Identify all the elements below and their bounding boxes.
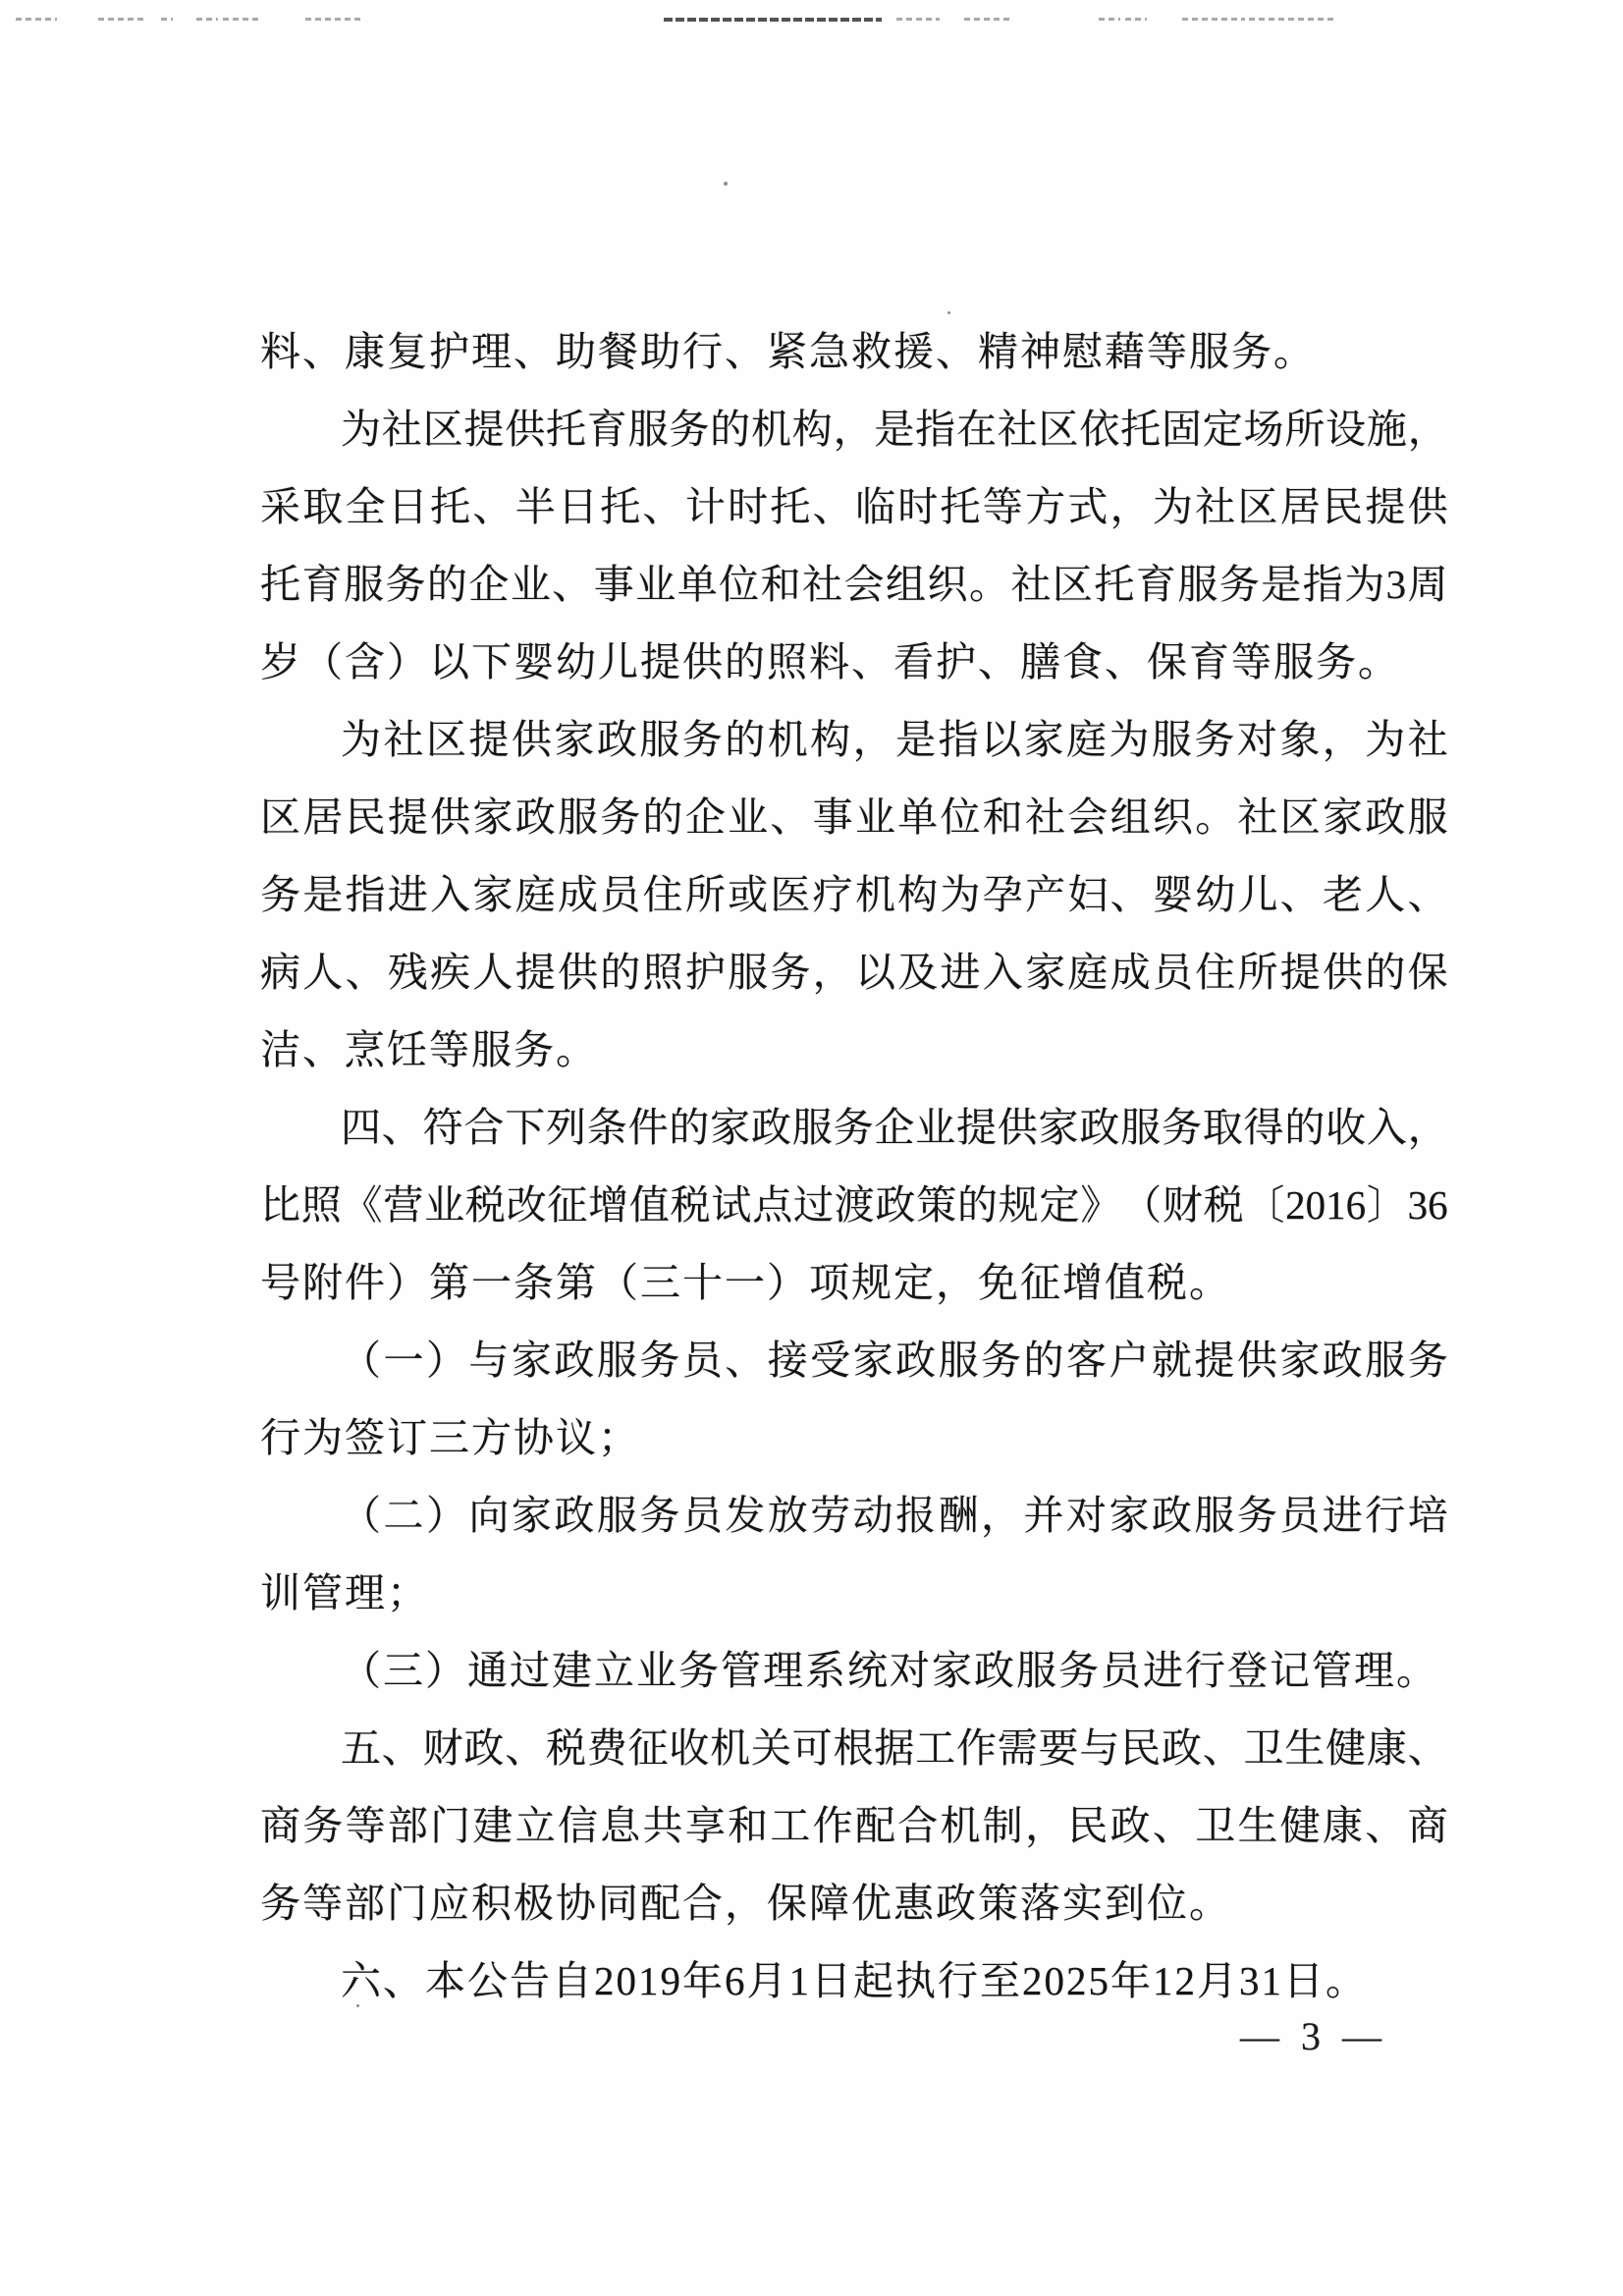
text-line: 岁（含）以下婴幼儿提供的照料、看护、膳食、保育等服务。 — [260, 624, 1448, 701]
scan-noise-dash — [196, 18, 218, 21]
scanned-document-page: 料、康复护理、助餐助行、紧急救援、精神慰藉等服务。为社区提供托育服务的机构，是指… — [0, 0, 1623, 2296]
scan-noise-dash — [964, 18, 1011, 21]
scan-noise-dash — [161, 18, 173, 21]
text-line: （二）向家政服务员发放劳动报酬，并对家政服务员进行培 — [260, 1477, 1448, 1555]
document-body: 料、康复护理、助餐助行、紧急救援、精神慰藉等服务。为社区提供托育服务的机构，是指… — [260, 313, 1448, 2020]
scan-noise-dash — [223, 18, 260, 21]
text-line: 商务等部门建立信息共享和工作配合机制，民政、卫生健康、商 — [260, 1787, 1448, 1865]
text-line: 四、符合下列条件的家政服务企业提供家政服务取得的收入， — [260, 1089, 1448, 1167]
page-number: — 3 — — [260, 2011, 1448, 2062]
scan-noise-dash — [1099, 18, 1120, 21]
text-line: 五、财政、税费征收机关可根据工作需要与民政、卫生健康、 — [260, 1710, 1448, 1787]
text-line: 洁、烹饪等服务。 — [260, 1011, 1448, 1089]
text-line: 病人、残疾人提供的照护服务，以及进入家庭成员住所提供的保 — [260, 934, 1448, 1011]
scan-noise-dash — [664, 18, 882, 22]
scan-noise-dash — [1249, 18, 1337, 21]
text-line: 托育服务的企业、事业单位和社会组织。社区托育服务是指为3周 — [260, 546, 1448, 624]
scan-noise-dash — [1182, 18, 1245, 21]
scan-speck — [724, 182, 728, 186]
scan-noise-band — [0, 16, 1623, 26]
text-line: 区居民提供家政服务的企业、事业单位和社会组织。社区家政服 — [260, 779, 1448, 856]
text-line: （一）与家政服务员、接受家政服务的客户就提供家政服务 — [260, 1322, 1448, 1399]
text-line: 采取全日托、半日托、计时托、临时托等方式，为社区居民提供 — [260, 468, 1448, 546]
text-line: 为社区提供家政服务的机构，是指以家庭为服务对象，为社 — [260, 701, 1448, 779]
text-line: 比照《营业税改征增值税试点过渡政策的规定》（财税〔2016〕36 — [260, 1167, 1448, 1244]
text-line: 行为签订三方协议； — [260, 1399, 1448, 1477]
text-line: 为社区提供托育服务的机构，是指在社区依托固定场所设施， — [260, 391, 1448, 468]
text-line: 务是指进入家庭成员住所或医疗机构为孕产妇、婴幼儿、老人、 — [260, 856, 1448, 934]
text-line: 六、本公告自2019年6月1日起执行至2025年12月31日。 — [260, 1942, 1448, 2020]
text-line: 料、康复护理、助餐助行、紧急救援、精神慰藉等服务。 — [260, 313, 1448, 391]
text-line: 务等部门应积极协同配合，保障优惠政策落实到位。 — [260, 1865, 1448, 1942]
scan-noise-dash — [1125, 18, 1147, 21]
scan-noise-dash — [305, 18, 364, 21]
text-line: 训管理； — [260, 1555, 1448, 1632]
scan-noise-dash — [98, 18, 145, 21]
scan-noise-dash — [896, 18, 940, 21]
scan-noise-dash — [16, 18, 57, 21]
text-line: （三）通过建立业务管理系统对家政服务员进行登记管理。 — [260, 1632, 1448, 1710]
text-line: 号附件）第一条第（三十一）项规定，免征增值税。 — [260, 1244, 1448, 1322]
